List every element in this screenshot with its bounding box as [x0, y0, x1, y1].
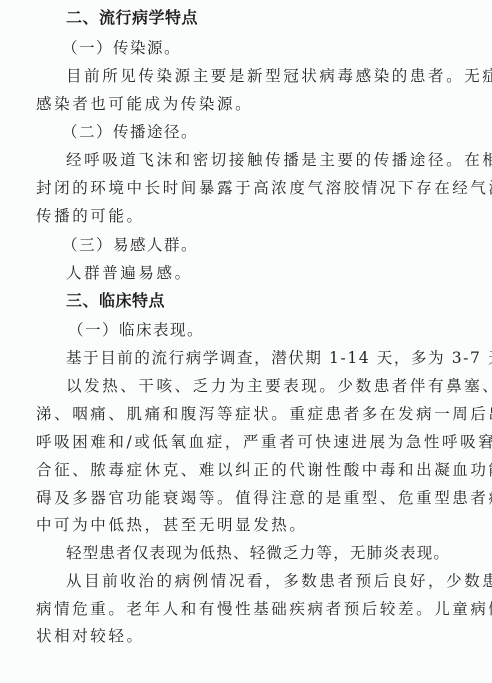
paragraph-line: 涕、咽痛、肌痛和腹泻等症状。重症患者多在发病一周后出现 — [36, 404, 456, 424]
paragraph-line: 传播的可能。 — [36, 206, 456, 226]
paragraph-line: 呼吸困难和/或低氧血症，严重者可快速进展为急性呼吸窘迫综 — [36, 432, 456, 452]
paragraph-line: 基于目前的流行病学调查，潜伏期 1-14 天，多为 3-7 天。 — [66, 348, 456, 368]
paragraph-line: 碍及多器官功能衰竭等。值得注意的是重型、危重型患者病程 — [36, 488, 456, 508]
paragraph-line: 以发热、干咳、乏力为主要表现。少数患者伴有鼻塞、流 — [66, 376, 456, 396]
paragraph-line: 合征、脓毒症休克、难以纠正的代谢性酸中毒和出凝血功能障 — [36, 460, 456, 480]
paragraph-line: 感染者也可能成为传染源。 — [36, 94, 456, 114]
subsection-title-susceptible: （三）易感人群。 — [62, 235, 452, 255]
paragraph-line: 病情危重。老年人和有慢性基础疾病者预后较差。儿童病例症 — [36, 599, 456, 619]
paragraph-line: 经呼吸道飞沫和密切接触传播是主要的传播途径。在相对 — [66, 150, 456, 170]
paragraph-line: 轻型患者仅表现为低热、轻微乏力等，无肺炎表现。 — [66, 543, 456, 563]
subsection-title-transmission: （二）传播途径。 — [62, 122, 452, 142]
paragraph-line: 人群普遍易感。 — [66, 263, 456, 283]
document-page: 二、流行病学特点 （一）传染源。 目前所见传染源主要是新型冠状病毒感染的患者。无… — [0, 0, 492, 683]
paragraph-line: 目前所见传染源主要是新型冠状病毒感染的患者。无症状 — [66, 66, 456, 86]
section-heading-epidemiology: 二、流行病学特点 — [66, 8, 456, 28]
paragraph-line: 状相对较轻。 — [36, 626, 456, 646]
subsection-title-clinical-manifestation: （一）临床表现。 — [68, 320, 458, 340]
paragraph-line: 中可为中低热，甚至无明显发热。 — [36, 515, 456, 535]
paragraph-line: 从目前收治的病例情况看，多数患者预后良好，少数患者 — [66, 571, 456, 591]
subsection-title-infection-source: （一）传染源。 — [62, 38, 452, 58]
paragraph-line: 封闭的环境中长时间暴露于高浓度气溶胶情况下存在经气溶胶 — [36, 178, 456, 198]
section-heading-clinical: 三、临床特点 — [66, 291, 456, 311]
